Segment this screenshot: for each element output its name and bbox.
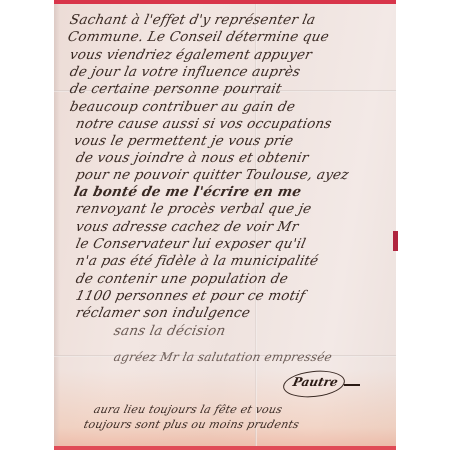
body-line-17: 1100 personnes et pour ce motif [74,288,306,304]
paper-left-edge-shadow [54,0,60,450]
body-line-2: Commune. Le Conseil détermine que [66,29,330,45]
body-line-19: sans la décision [112,323,227,339]
body-line-15: n'a pas été fidèle à la municipalité [74,253,320,269]
body-line-10: pour ne pouvoir quitter Toulouse, ayez [74,167,350,183]
closing-salutation: agréez Mr la salutation empressée [113,350,334,364]
body-line-8: vous le permettent je vous prie [72,133,295,149]
body-line-4: de jour la votre influence auprès [68,64,302,80]
body-line-7: notre cause aussi si vos occupations [74,116,333,132]
postscript-line-2: toujours sont plus ou moins prudents [82,418,300,431]
signature: Pautre [292,375,340,389]
body-line-3: vous viendriez également appuyer [68,47,313,63]
red-seal-mark [393,231,398,251]
postscript-line-1: aura lieu toujours la fête et vous [92,403,283,416]
letter-scan: Sachant à l'effet d'y représenter la Com… [0,0,450,450]
body-line-6: beaucoup contribuer au gain de [68,99,296,115]
body-line-13: vous adresse cachez de voir Mr [74,219,300,235]
body-line-14: le Conservateur lui exposer qu'il [74,236,307,252]
body-line-1: Sachant à l'effet d'y représenter la [68,12,317,28]
body-line-5: de certaine personne pourrait [68,81,283,97]
body-line-11: la bonté de me l'écrire en me [72,184,303,200]
body-line-16: de contenir une population de [74,271,289,287]
body-line-12: renvoyant le procès verbal que je [74,201,313,217]
body-line-18: réclamer son indulgence [74,305,251,321]
red-top-edge [54,0,396,4]
red-bottom-edge [54,446,396,450]
body-line-9: de vous joindre à nous et obtenir [74,150,310,166]
signature-dash [344,384,360,386]
